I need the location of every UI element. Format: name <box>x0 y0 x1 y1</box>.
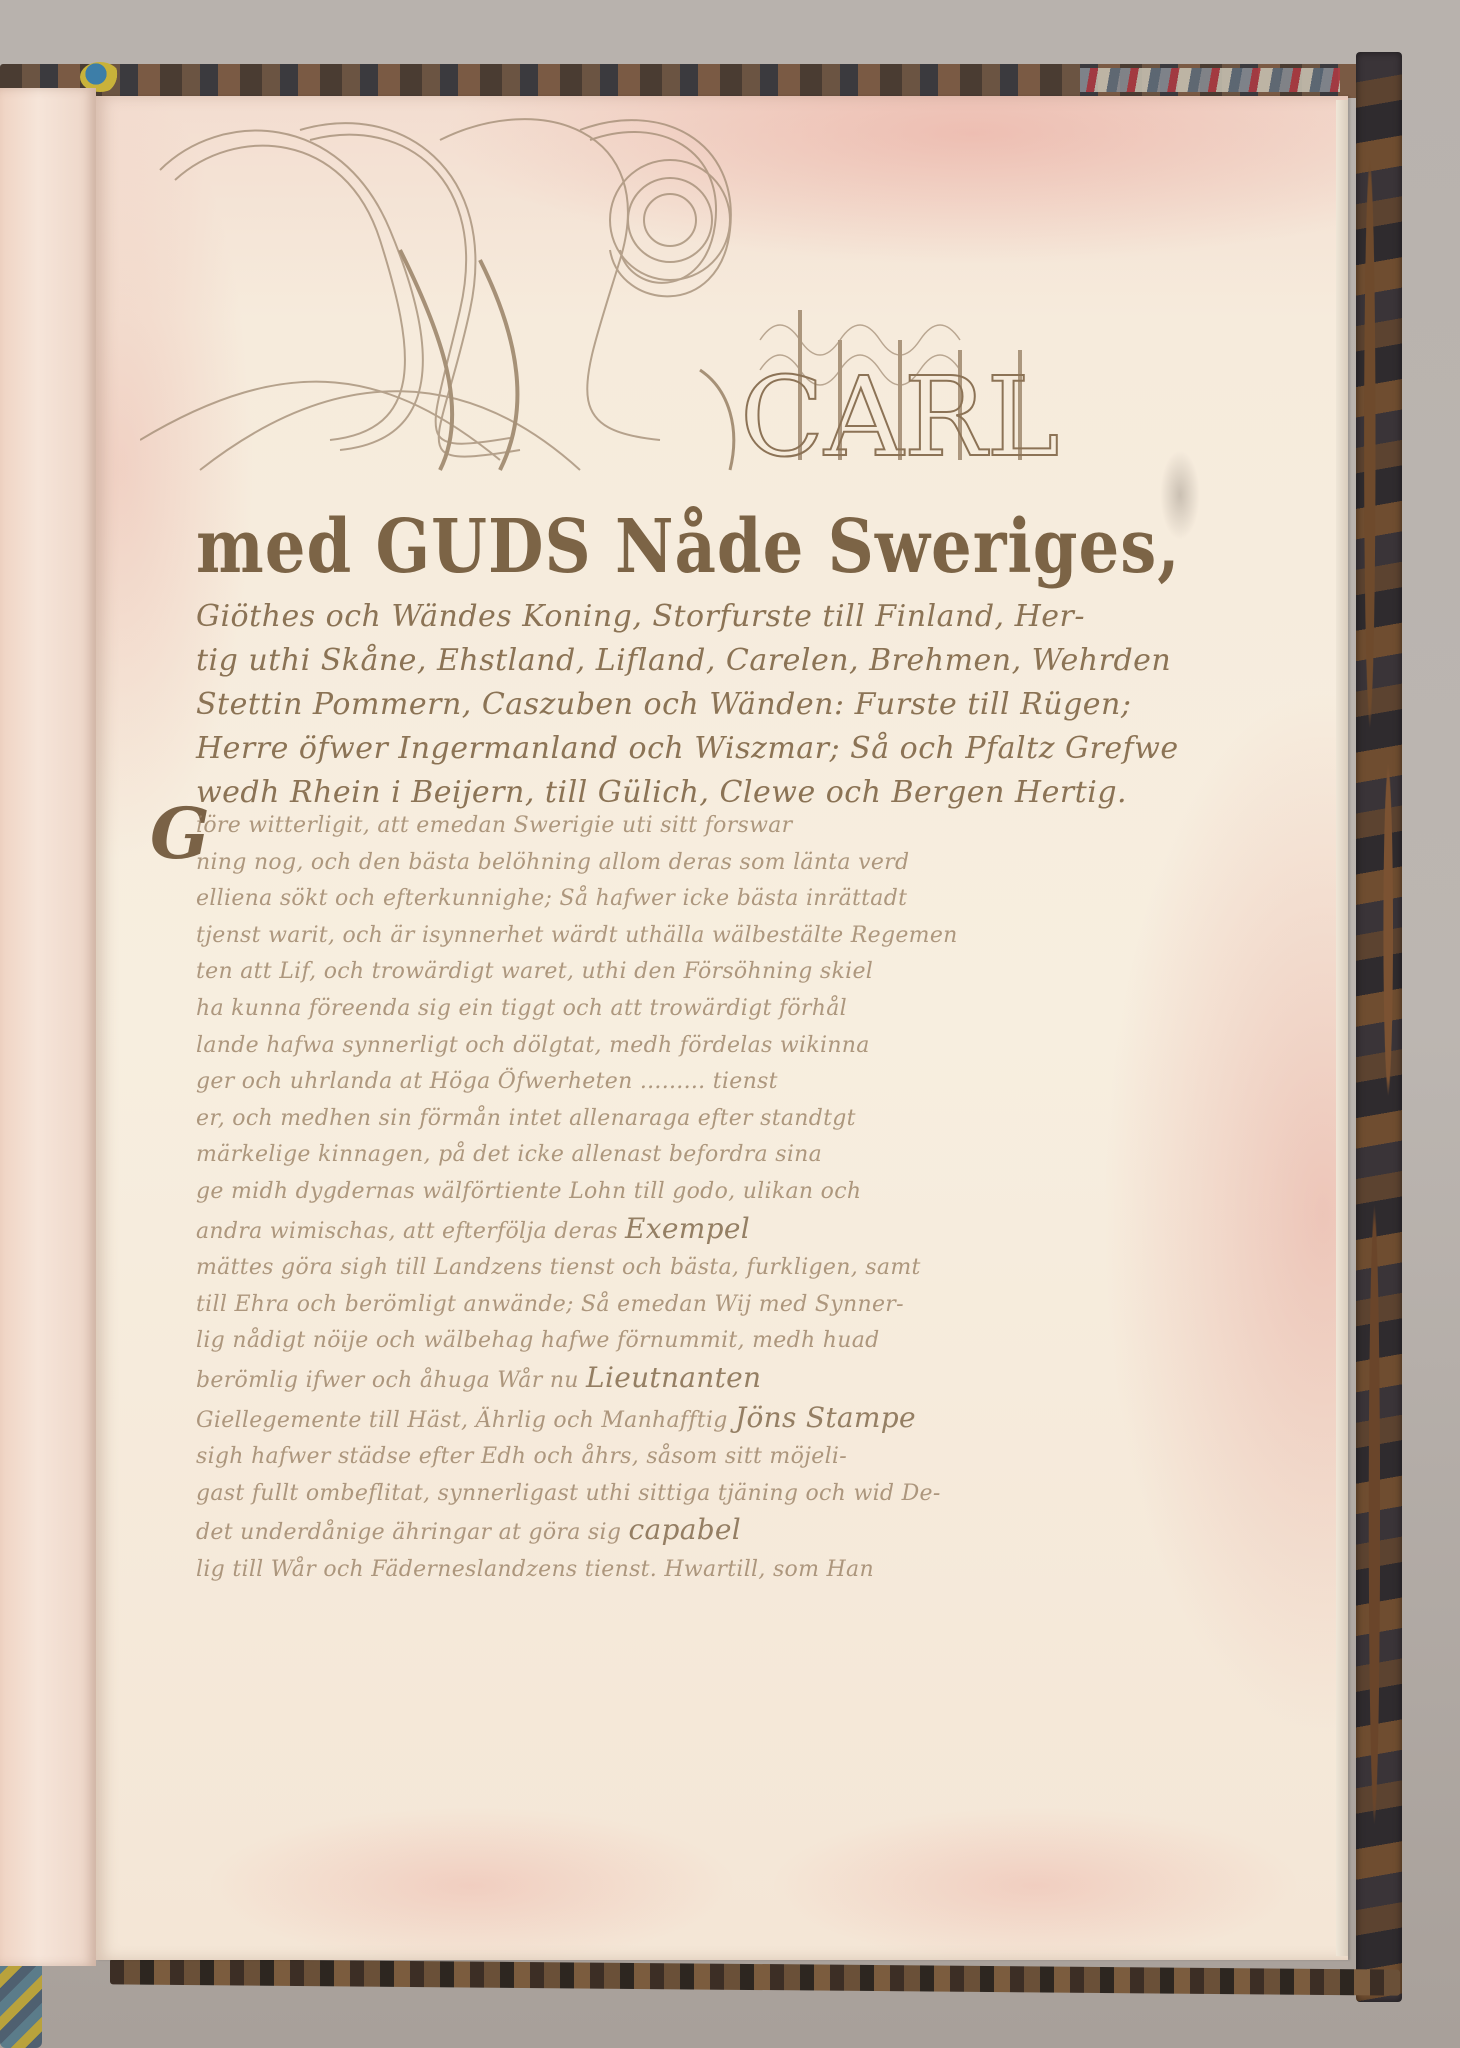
royal-titles: Giöthes och Wändes Koning, Storfurste ti… <box>196 595 1096 815</box>
body-line: berömlig ifwer och åhuga Wår nu Lieutnan… <box>196 1360 1076 1400</box>
title-line: Herre öfwer Ingermanland och Wiszmar; Så… <box>196 727 1096 771</box>
body-line: lande hafwa synnerligt och dölgtat, medh… <box>196 1028 1076 1065</box>
body-line: till Ehra och berömligt anwände; Så emed… <box>196 1287 1076 1324</box>
body-line: mättes göra sigh till Landzens tienst oc… <box>196 1250 1076 1287</box>
title-line: Stettin Pommern, Caszuben och Wänden: Fu… <box>196 683 1096 727</box>
body-text: iöre witterligit, att emedan Swerigie ut… <box>196 808 1076 1588</box>
body-line: lig till Wår och Fäderneslandzens tienst… <box>196 1552 1076 1589</box>
body-line: andra wimischas, att efterfölja deras Ex… <box>196 1211 1076 1251</box>
book-cover-bottom-edge <box>110 1958 1400 1995</box>
body-line: ge midh dygdernas wälförtiente Lohn till… <box>196 1174 1076 1211</box>
heading-block: med GUDS Nåde Sweriges, <box>196 510 1096 585</box>
body-line: ning nog, och den bästa belöhning allom … <box>196 845 1076 882</box>
book-cover-top-edge <box>0 64 1380 98</box>
body-line: sigh hafwer städse efter Edh och åhrs, s… <box>196 1439 1076 1476</box>
emphasized-word: capabel <box>629 1513 742 1546</box>
body-line: märkelige kinnagen, på det icke allenast… <box>196 1137 1076 1174</box>
body-line: tjenst warit, och är isynnerhet wärdt ut… <box>196 918 1076 955</box>
body-line: ha kunna föreenda sig ein tiggt och att … <box>196 991 1076 1028</box>
marbled-endpaper <box>1080 68 1340 92</box>
body-line: lig nådigt nöije och wälbehag hafwe förn… <box>196 1323 1076 1360</box>
title-line: Giöthes och Wändes Koning, Storfurste ti… <box>196 595 1096 639</box>
body-line: gast fullt ombeflitat, synnerligast uthi… <box>196 1476 1076 1513</box>
left-page <box>0 88 96 1966</box>
heading-grace-of-god: med GUDS Nåde Sweriges, <box>196 504 1096 590</box>
emphasized-word: Lieutnanten <box>586 1361 761 1394</box>
body-line: ten att Lif, och trowärdigt waret, uthi … <box>196 954 1076 991</box>
title-line: tig uthi Skåne, Ehstland, Lifland, Carel… <box>196 639 1096 683</box>
recipient-name: Jöns Stampe <box>735 1401 916 1434</box>
body-line: Giellegemente till Häst, Ährlig och Manh… <box>196 1400 1076 1440</box>
body-line: er, och medhen sin förmån intet allenara… <box>196 1101 1076 1138</box>
body-line: ger och uhrlanda at Höga Öfwerheten ....… <box>196 1064 1076 1101</box>
body-line: det underdånige ähringar at göra sig cap… <box>196 1512 1076 1552</box>
svg-text:CARL: CARL <box>740 353 1059 480</box>
decorative-initial-wij-carl: CARL <box>140 110 1100 480</box>
scan-scene: CARL med GUDS Nåde Sweriges, Giöthes och… <box>0 0 1460 2048</box>
headband-bottom <box>0 1960 42 2048</box>
body-line: iöre witterligit, att emedan Swerigie ut… <box>196 808 1076 845</box>
body-line: elliena sökt och efterkunnighe; Så hafwe… <box>196 881 1076 918</box>
emphasized-word: Exempel <box>625 1212 750 1245</box>
book-cover-right-edge <box>1356 52 1402 2002</box>
page-fore-edge <box>1336 100 1348 1956</box>
